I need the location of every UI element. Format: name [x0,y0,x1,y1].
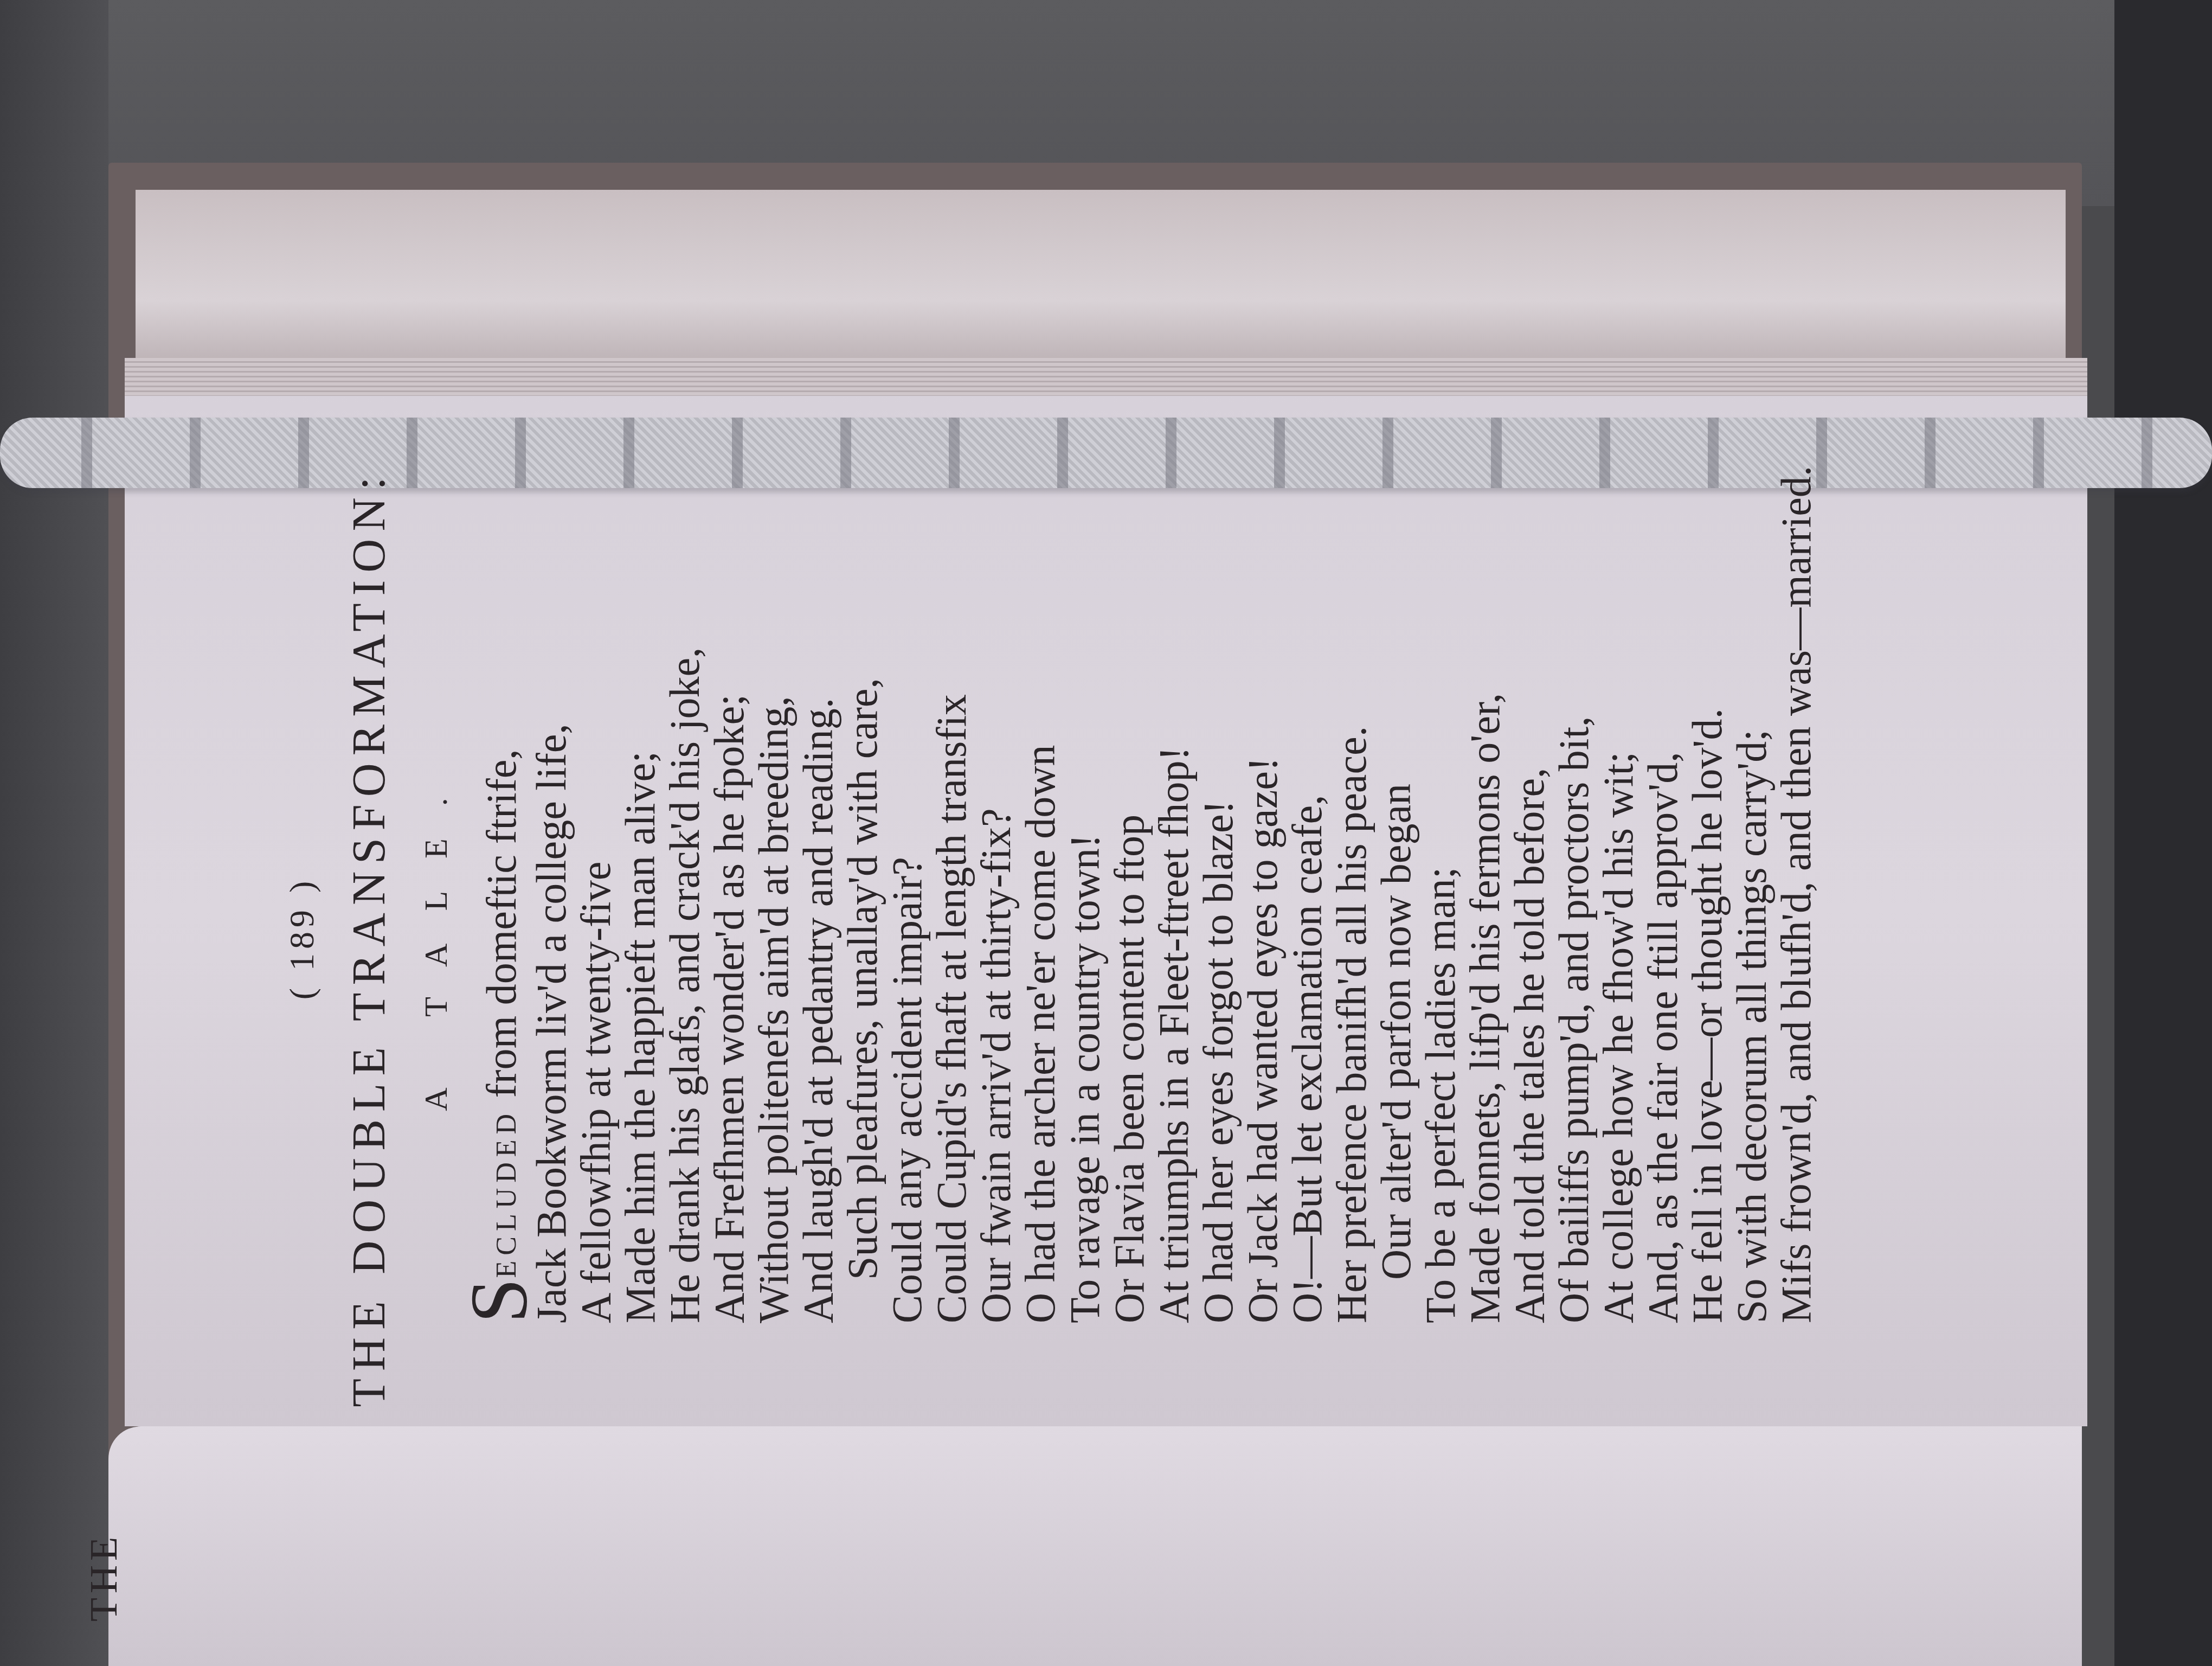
verse-line: Could Cupid's fhaft at length transfix [929,22,974,1323]
verse-line: Jack Bookworm liv'd a college life, [529,22,574,1323]
verse-line: Our alter'd parfon now began [1374,22,1418,1323]
verse-line: Her prefence banifh'd all his peace. [1329,22,1374,1323]
verse-line: Or Flavia been content to ftop [1107,22,1152,1323]
poem-title: THE DOUBLE TRANSFORMATION: [342,445,396,1432]
verse-line: Or Jack had wanted eyes to gaze! [1240,22,1285,1323]
verse-line: O had the archer ne'er come down [1018,22,1063,1323]
page-number: ( 189 ) [282,445,322,1432]
verse-line: He fell in love—or thought he lov'd. [1685,22,1729,1323]
verse-line: To be a perfect ladies man; [1418,22,1463,1323]
verse-line: SECLUDED from domeftic ftrife, [477,22,529,1323]
verse-line: Of bailiffs pump'd, and proctors bit, [1552,22,1596,1323]
verse-line: To ravage in a country town! [1063,22,1107,1323]
verse-line: Could any accident impair? [885,22,929,1323]
background-surface-right [2114,0,2212,1666]
verse-line: At college how he fhow'd his wit; [1596,22,1641,1323]
verse-line: Such pleafures, unallay'd with care, [840,22,885,1323]
verse-line: Without politenefs aim'd at breeding, [751,22,796,1323]
background-surface-left [0,0,108,1666]
verse-line: And, as the fair one ftill approv'd, [1641,22,1685,1323]
verse-line: And told the tales he told before, [1507,22,1552,1323]
verse-line: And laugh'd at pedantry and reading. [796,22,840,1323]
verse-line: At triumphs in a Fleet-ftreet fhop! [1152,22,1196,1323]
verse-line: And Frefhmen wonder'd as he fpoke; [707,22,751,1323]
verse-line: Our fwain arriv'd at thirty-fix? [974,22,1018,1323]
book-page-left [108,1426,2082,1666]
verse-line: O!—But let exclamation ceafe, [1285,22,1329,1323]
verse-line: Made fonnets, lifp'd his fermons o'er, [1463,22,1507,1323]
page-text-block: ( 189 ) THE DOUBLE TRANSFORMATION: A TAL… [282,445,1854,1432]
verse-line: Mifs frown'd, and blufh'd, and then was—… [1774,22,1818,1323]
verse-line: So with decorum all things carry'd; [1729,22,1774,1323]
verse-line: A fellowfhip at twenty-five [574,22,618,1323]
verse-line: He drank his glafs, and crack'd his joke… [663,22,707,1323]
verse-line: Made him the happieft man alive; [618,22,663,1323]
verse-line: O had her eyes forgot to blaze! [1196,22,1240,1323]
poem-verse: SECLUDED from domeftic ftrife, Jack Book… [477,22,1818,1323]
left-page-catchword: THE [81,1533,126,1622]
poem-subtitle: A TALE. [417,445,455,1432]
small-caps-word: ECLUDED [491,1108,522,1278]
